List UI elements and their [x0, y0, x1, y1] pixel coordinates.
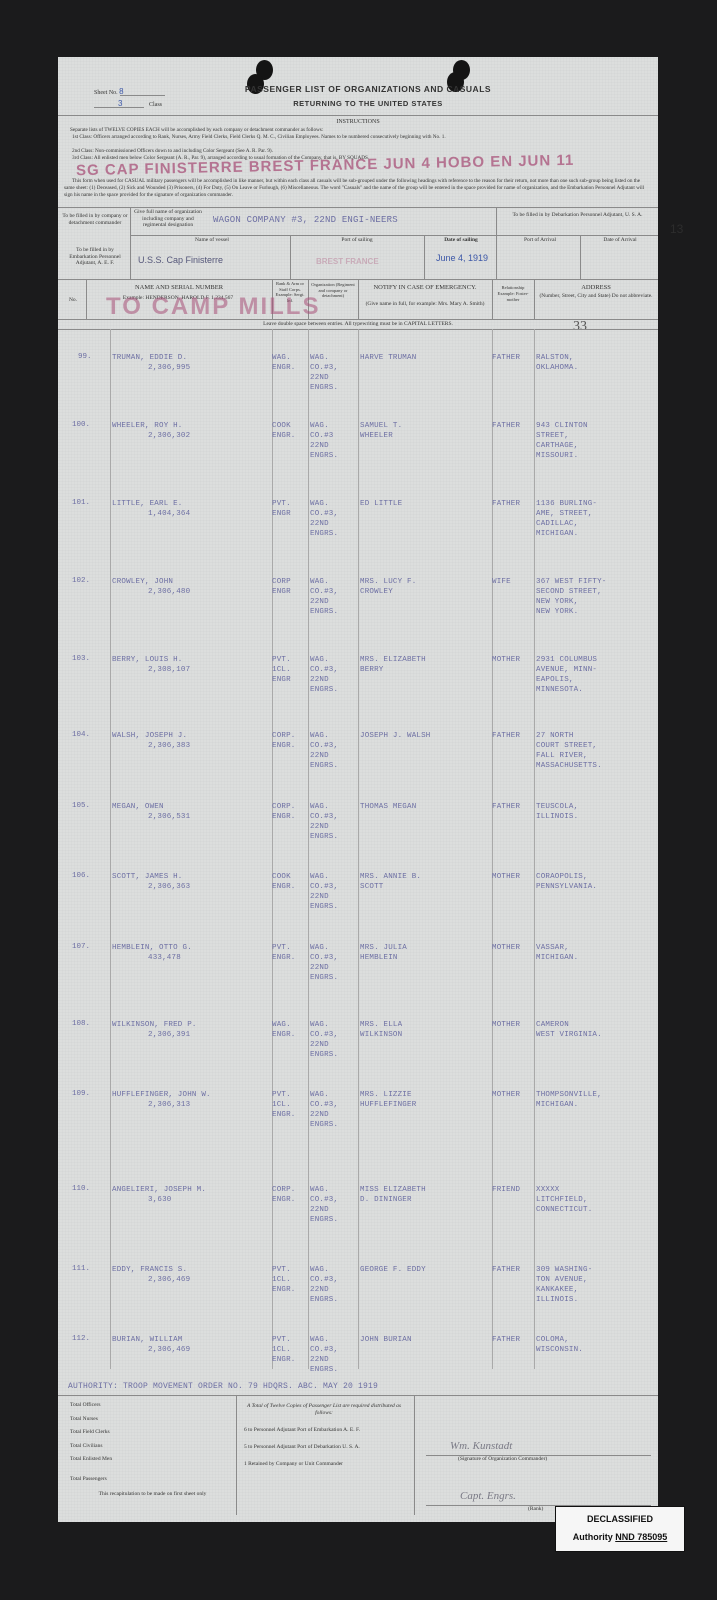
entry-rank: CORP. ENGR.: [272, 802, 296, 822]
total-field-clerks-label: Total Field Clerks: [70, 1426, 235, 1440]
entry-rank: PVT. ENGR.: [272, 943, 296, 963]
entry-organization: WAG. CO.#3, 22ND ENGRS.: [310, 353, 338, 393]
organization-label: Give full name of organization including…: [132, 209, 204, 229]
form-subtitle: RETURNING TO THE UNITED STATES: [198, 99, 538, 108]
entry-serial: 2,306,383: [148, 741, 190, 751]
entry-notify: JOHN BURIAN: [360, 1335, 412, 1345]
company-commander-label: To be filled in by company or detachment…: [62, 213, 128, 226]
form-title: PASSENGER LIST OF ORGANIZATIONS AND CASU…: [198, 84, 538, 94]
entry-serial: 2,306,302: [148, 431, 190, 441]
entry-name: EDDY, FRANCIS S.: [112, 1265, 187, 1275]
column-no: No.: [60, 297, 86, 304]
entry-notify: ED LITTLE: [360, 499, 402, 509]
vessel-label: Name of vessel: [132, 237, 292, 244]
entry-address: RALSTON, OKLAHOMA.: [536, 353, 578, 373]
entry-notify: MRS. ELLA WILKINSON: [360, 1020, 402, 1040]
entry-name: BERRY, LOUIS H.: [112, 655, 183, 665]
camp-mills-stamp: TO CAMP MILLS: [106, 293, 320, 321]
port-sailing-value: BREST FRANCE: [316, 257, 379, 266]
entry-serial: 2,306,995: [148, 363, 190, 373]
port-sailing-label: Port of sailing: [292, 237, 422, 244]
passenger-list-form: Sheet No. 8 3 Class PASSENGER LIST OF OR…: [58, 57, 658, 1522]
entry-notify: JOSEPH J. WALSH: [360, 731, 431, 741]
typing-note: Leave double space between entries. All …: [58, 321, 658, 328]
totals-block: Total Officers Total Nurses Total Field …: [70, 1399, 235, 1498]
class-label: Class: [149, 102, 162, 108]
entry-serial: 2,306,469: [148, 1275, 190, 1285]
entry-rank: PVT. ENGR: [272, 499, 291, 519]
entry-relationship: FATHER: [492, 1335, 520, 1345]
entry-serial: 2,306,313: [148, 1100, 190, 1110]
entry-address: CORAOPOLIS, PENNSYLVANIA.: [536, 872, 597, 892]
entry-name: BURIAN, WILLIAM: [112, 1335, 183, 1345]
entry-notify: HARVE TRUMAN: [360, 353, 416, 363]
row-number: 109.: [72, 1090, 90, 1098]
entry-serial: 1,404,364: [148, 509, 190, 519]
entry-name: MEGAN, OWEN: [112, 802, 164, 812]
entry-organization: WAG. CO.#3, 22ND ENGRS.: [310, 577, 338, 617]
entry-notify: SAMUEL T. WHEELER: [360, 421, 402, 441]
entry-rank: CORP. ENGR.: [272, 1185, 296, 1205]
row-number: 106.: [72, 872, 90, 880]
organization-value: WAGON COMPANY #3, 22ND ENGI-NEERS: [213, 215, 398, 225]
row-number: 108.: [72, 1020, 90, 1028]
entry-organization: WAG. CO.#3, 22ND ENGRS.: [310, 655, 338, 695]
row-number: 105.: [72, 802, 90, 810]
instructions-line: 1st Class: Officers arranged according t…: [64, 134, 652, 141]
entry-relationship: MOTHER: [492, 1090, 520, 1100]
entry-organization: WAG. CO.#3 22ND ENGRS.: [310, 421, 338, 461]
entry-serial: 2,306,531: [148, 812, 190, 822]
entry-organization: WAG. CO.#3, 22ND ENGRS.: [310, 1335, 338, 1375]
entry-rank: CORP. ENGR.: [272, 731, 296, 751]
entry-name: TRUMAN, EDDIE D.: [112, 353, 187, 363]
instructions-heading: INSTRUCTIONS: [58, 119, 658, 126]
signature-label: (Signature of Organization Commander): [458, 1453, 547, 1467]
entry-relationship: FATHER: [492, 499, 520, 509]
entry-address: 1136 BURLING- AME, STREET, CADILLAC, MIC…: [536, 499, 597, 539]
row-number: 111.: [72, 1265, 90, 1273]
entry-name: SCOTT, JAMES H.: [112, 872, 183, 882]
row-number: 104.: [72, 731, 90, 739]
entry-rank: COOK ENGR.: [272, 872, 296, 892]
entry-relationship: FRIEND: [492, 1185, 520, 1195]
entry-serial: 2,306,363: [148, 882, 190, 892]
entry-organization: WAG. CO.#3, 22ND ENGRS.: [310, 1265, 338, 1305]
declassified-label: DECLASSIFIED: [556, 1514, 684, 1524]
margin-number: 13: [670, 222, 683, 236]
entry-organization: WAG. CO.#3, 22ND ENGRS.: [310, 1020, 338, 1060]
entry-organization: WAG. CO.#3, 22ND ENGRS.: [310, 731, 338, 771]
entry-rank: PVT. 1CL. ENGR.: [272, 1335, 296, 1365]
instructions-line: Separate lists of TWELVE COPIES EACH wil…: [70, 127, 652, 134]
entry-organization: WAG. CO.#3, 22ND ENGRS.: [310, 1090, 338, 1130]
authority-line: AUTHORITY: TROOP MOVEMENT ORDER NO. 79 H…: [68, 1382, 378, 1392]
entry-relationship: MOTHER: [492, 655, 520, 665]
rank-signature: Capt. Engrs.: [460, 1490, 516, 1502]
entry-serial: 3,630: [148, 1195, 172, 1205]
entry-address: THOMPSONVILLE, MICHIGAN.: [536, 1090, 602, 1110]
row-number: 102.: [72, 577, 90, 585]
row-number: 100.: [72, 421, 90, 429]
entry-name: LITTLE, EARL E.: [112, 499, 183, 509]
row-number: 103.: [72, 655, 90, 663]
entry-relationship: FATHER: [492, 1265, 520, 1275]
handwritten-sheet-count: 33: [573, 319, 587, 335]
entry-rank: WAG. ENGR.: [272, 1020, 296, 1040]
entry-name: WHEELER, ROY H.: [112, 421, 183, 431]
embarkation-label: To be filled in by Embarkation Personnel…: [62, 247, 128, 267]
rank-label: (Rank): [528, 1503, 543, 1517]
entry-relationship: FATHER: [492, 421, 520, 431]
entry-address: CAMERON WEST VIRGINIA.: [536, 1020, 602, 1040]
date-sailing-label: Date of sailing: [426, 237, 496, 244]
recap-note: This recapitulation to be made on first …: [70, 1490, 235, 1498]
entry-rank: WAG. ENGR.: [272, 353, 296, 373]
entry-notify: MISS ELIZABETH D. DININGER: [360, 1185, 426, 1205]
entry-rank: PVT. 1CL. ENGR: [272, 655, 291, 685]
column-address-sub: (Number, Street, City and State) Do not …: [536, 293, 656, 300]
entry-relationship: MOTHER: [492, 943, 520, 953]
entry-notify: MRS. JULIA HEMBLEIN: [360, 943, 407, 963]
entry-name: ANGELIERI, JOSEPH M.: [112, 1185, 206, 1195]
instructions-line: This form when used for CASUAL military …: [64, 178, 652, 199]
row-number: 99.: [78, 353, 92, 361]
entry-address: XXXXX LITCHFIELD, CONNECTICUT.: [536, 1185, 592, 1215]
entry-notify: GEORGE F. EDDY: [360, 1265, 426, 1275]
entry-notify: MRS. LIZZIE HUFFLEFINGER: [360, 1090, 416, 1110]
entry-organization: WAG. CO.#3, 22ND ENGRS.: [310, 943, 338, 983]
column-address: ADDRESS: [536, 285, 656, 292]
commander-signature: Wm. Kunstadt: [450, 1440, 512, 1452]
column-name: NAME AND SERIAL NUMBER: [88, 285, 270, 292]
vessel-value: U.S.S. Cap Finisterre: [138, 255, 223, 265]
declassified-stamp: DECLASSIFIED Authority NND 785095: [555, 1506, 685, 1552]
entry-name: HEMBLEIN, OTTO G.: [112, 943, 192, 953]
entry-name: WALSH, JOSEPH J.: [112, 731, 187, 741]
entry-rank: PVT. 1CL. ENGR.: [272, 1090, 296, 1120]
entry-notify: MRS. ANNIE B. SCOTT: [360, 872, 421, 892]
entry-relationship: FATHER: [492, 353, 520, 363]
entry-name: HUFFLEFINGER, JOHN W.: [112, 1090, 211, 1100]
debarkation-label: To be filled in by Debarkation Personnel…: [500, 212, 655, 219]
entry-address: VASSAR, MICHIGAN.: [536, 943, 578, 963]
entry-address: 27 NORTH COURT STREET, FALL RIVER, MASSA…: [536, 731, 602, 771]
entry-name: CROWLEY, JOHN: [112, 577, 173, 587]
entry-address: 943 CLINTON STREET, CARTHAGE, MISSOURI.: [536, 421, 588, 461]
entry-relationship: MOTHER: [492, 872, 520, 882]
entry-address: COLOMA, WISCONSIN.: [536, 1335, 583, 1355]
entry-rank: COOK ENGR.: [272, 421, 296, 441]
port-arrival-label: Port of Arrival: [500, 237, 580, 244]
column-notify-sub: (Give name in full, for example: Mrs. Ma…: [360, 301, 490, 308]
distribution-item: 6 to Personnel Adjutant Port of Embarkat…: [244, 1427, 404, 1434]
entry-serial: 2,306,391: [148, 1030, 190, 1040]
date-sailing-value: June 4, 1919: [436, 253, 488, 263]
entry-organization: WAG. CO.#3, 22ND ENGRS.: [310, 499, 338, 539]
total-civilians-label: Total Civilians: [70, 1440, 235, 1454]
entry-serial: 433,478: [148, 953, 181, 963]
entry-address: 2931 COLUMBUS AVENUE, MINN- EAPOLIS, MIN…: [536, 655, 597, 695]
entry-relationship: MOTHER: [492, 1020, 520, 1030]
row-number: 101.: [72, 499, 90, 507]
authority-prefix: Authority: [573, 1532, 616, 1542]
entry-serial: 2,306,480: [148, 587, 190, 597]
column-notify: NOTIFY IN CASE OF EMERGENCY.: [360, 285, 490, 292]
total-enlisted-label: Total Enlisted Men: [70, 1453, 235, 1467]
entry-notify: MRS. LUCY F. CROWLEY: [360, 577, 416, 597]
entry-relationship: FATHER: [492, 802, 520, 812]
distribution-block: A Total of Twelve Copies of Passenger Li…: [244, 1403, 404, 1468]
row-number: 107.: [72, 943, 90, 951]
entry-notify: THOMAS MEGAN: [360, 802, 416, 812]
entry-address: 309 WASHING- TON AVENUE, KANKAKEE, ILLIN…: [536, 1265, 592, 1305]
column-relationship: Relationship Example: Foster-mother: [493, 285, 533, 303]
authority-id: NND 785095: [615, 1532, 667, 1542]
date-arrival-label: Date of Arrival: [582, 237, 658, 244]
entry-notify: MRS. ELIZABETH BERRY: [360, 655, 426, 675]
entry-relationship: WIFE: [492, 577, 511, 587]
total-nurses-label: Total Nurses: [70, 1413, 235, 1427]
entry-address: 367 WEST FIFTY- SECOND STREET, NEW YORK,…: [536, 577, 607, 617]
distribution-heading: A Total of Twelve Copies of Passenger Li…: [244, 1403, 404, 1417]
row-number: 112.: [72, 1335, 90, 1343]
entry-relationship: FATHER: [492, 731, 520, 741]
distribution-item: 5 to Personnel Adjutant Port of Debarkat…: [244, 1444, 404, 1451]
distribution-item: 1 Retained by Company or Unit Commander: [244, 1461, 404, 1468]
entry-rank: PVT. 1CL. ENGR.: [272, 1265, 296, 1295]
row-number: 110.: [72, 1185, 90, 1193]
entry-rank: CORP ENGR: [272, 577, 291, 597]
entry-organization: WAG. CO.#3, 22ND ENGRS.: [310, 1185, 338, 1225]
entry-address: TEUSCOLA, ILLINOIS.: [536, 802, 578, 822]
entry-organization: WAG. CO.#3, 22ND ENGRS.: [310, 872, 338, 912]
total-passengers-label: Total Passengers: [70, 1473, 235, 1487]
total-officers-label: Total Officers: [70, 1399, 235, 1413]
entry-name: WILKINSON, FRED P.: [112, 1020, 197, 1030]
entry-serial: 2,306,469: [148, 1345, 190, 1355]
entry-organization: WAG. CO.#3, 22ND ENGRS.: [310, 802, 338, 842]
entry-serial: 2,308,107: [148, 665, 190, 675]
